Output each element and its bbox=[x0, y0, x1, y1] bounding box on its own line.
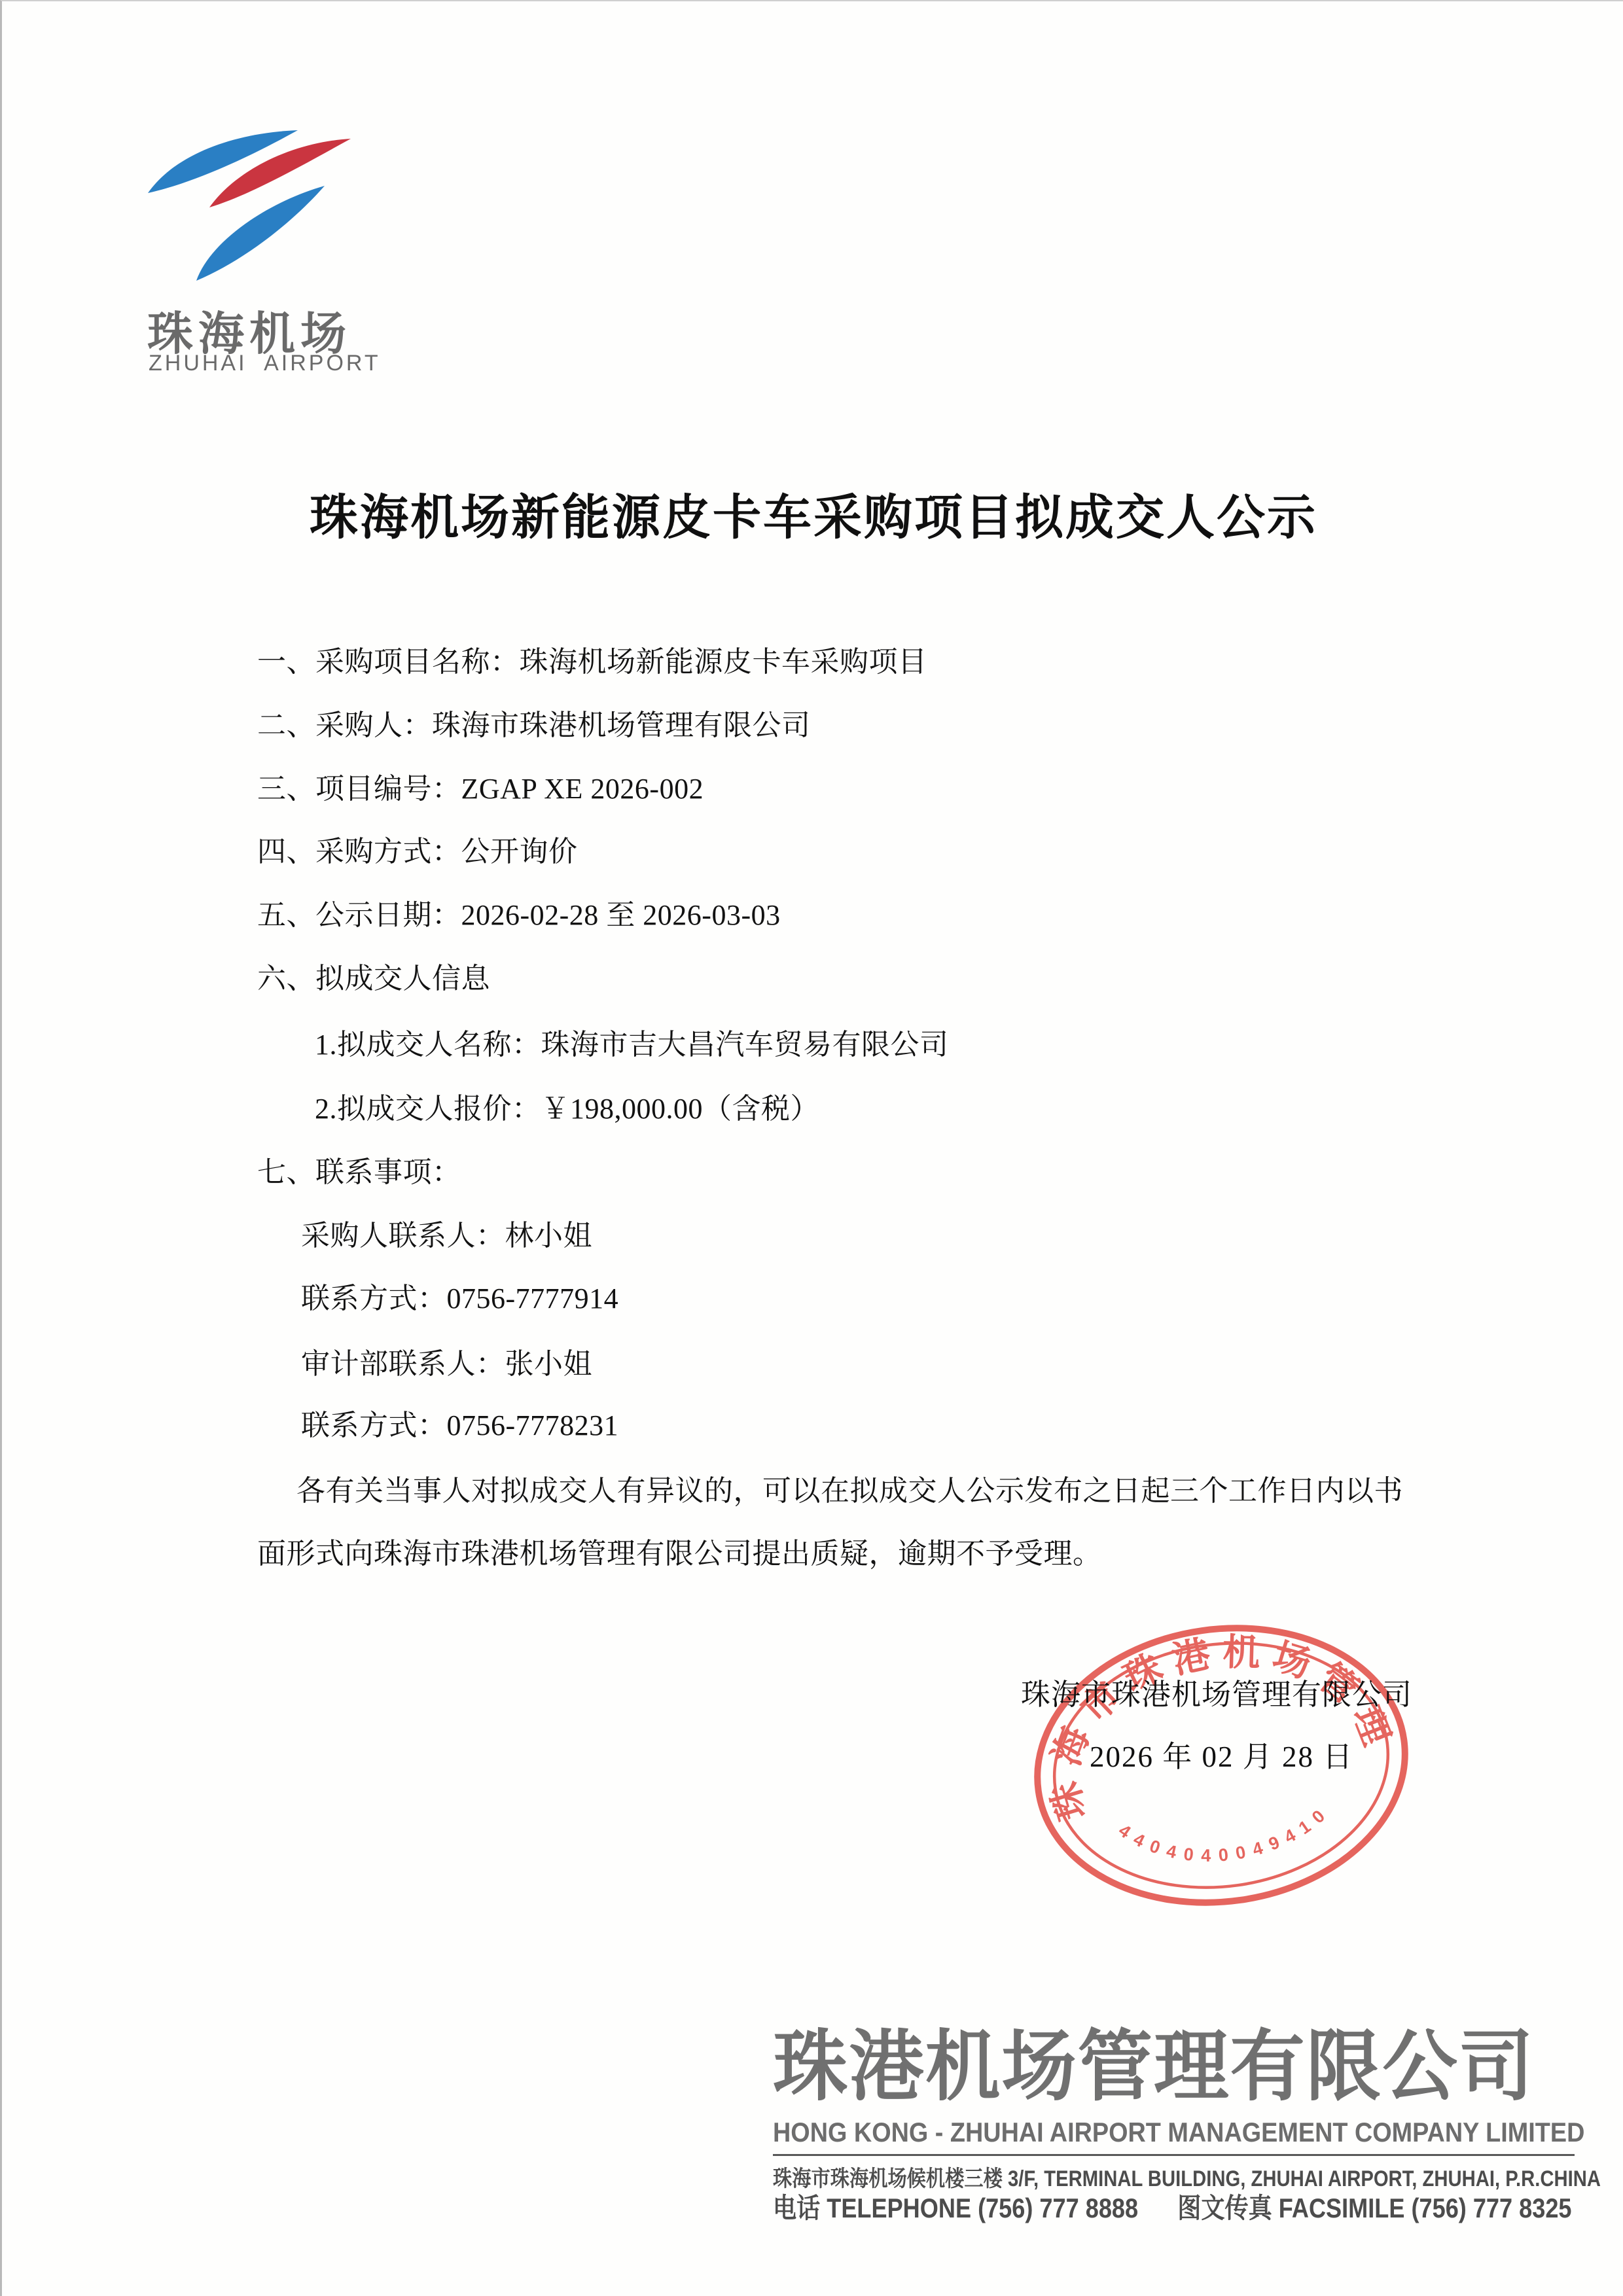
document-page: 珠海机场 ZHUHAI AIRPORT 珠海机场新能源皮卡车采购项目拟成交人公示… bbox=[0, 0, 1623, 2296]
svg-text:珠海市珠港机场管理有限公司: 珠海市珠港机场管理有限公司 bbox=[1028, 1621, 1403, 1830]
footer-facsimile: 图文传真 FACSIMILE (756) 777 8325 bbox=[1177, 2187, 1571, 2226]
page-title: 珠海机场新能源皮卡车采购项目拟成交人公示 bbox=[2, 479, 1623, 548]
item-project-name: 一、采购项目名称：珠海机场新能源皮卡车采购项目 bbox=[257, 645, 927, 679]
contact-audit: 审计部联系人：张小姐 bbox=[301, 1347, 592, 1381]
contact-phone-1: 联系方式：0756-7777914 bbox=[301, 1282, 618, 1316]
contact-purchaser: 采购人联系人：林小姐 bbox=[301, 1219, 592, 1253]
footer-contact-line: 电话 TELEPHONE (756) 777 8888 图文传真 FACSIMI… bbox=[773, 2187, 1572, 2226]
item-purchaser: 二、采购人：珠海市珠港机场管理有限公司 bbox=[257, 709, 811, 743]
item-project-number: 三、项目编号：ZGAP XE 2026-002 bbox=[257, 772, 704, 806]
footer-divider bbox=[773, 2154, 1575, 2156]
signature-date: 2026 年 02 月 28 日 bbox=[1090, 1733, 1353, 1775]
closing-line-2: 面形式向珠海市珠港机场管理有限公司提出质疑，逾期不予受理。 bbox=[257, 1537, 1102, 1571]
footer-telephone: 电话 TELEPHONE (756) 777 8888 bbox=[773, 2187, 1138, 2226]
item-contact-header: 七、联系事项： bbox=[257, 1156, 461, 1190]
contact-phone-2: 联系方式：0756-7778231 bbox=[301, 1409, 618, 1443]
zhuhai-airport-logo-icon bbox=[146, 129, 355, 286]
sub-item-winner-name: 1.拟成交人名称：珠海市吉大昌汽车贸易有限公司 bbox=[315, 1028, 949, 1062]
stamp-arc-text: 珠海市珠港机场管理有限公司 bbox=[1028, 1621, 1403, 1830]
closing-line-1: 各有关当事人对拟成交人有异议的，可以在拟成交人公示发布之日起三个工作日内以书 bbox=[296, 1474, 1403, 1508]
signature-company: 珠海市珠港机场管理有限公司 bbox=[1021, 1670, 1412, 1713]
item-method: 四、采购方式：公开询价 bbox=[257, 835, 578, 869]
logo-text-en: ZHUHAI AIRPORT bbox=[149, 351, 381, 376]
sub-item-winner-price: 2.拟成交人报价：￥198,000.00（含税） bbox=[315, 1092, 819, 1126]
item-notice-period: 五、公示日期：2026-02-28 至 2026-03-03 bbox=[257, 898, 781, 932]
footer-company-cn: 珠港机场管理有限公司 bbox=[773, 2026, 1535, 2108]
footer-company-en: HONG KONG - ZHUHAI AIRPORT MANAGEMENT CO… bbox=[773, 2117, 1584, 2148]
item-winner-info: 六、拟成交人信息 bbox=[257, 962, 490, 996]
